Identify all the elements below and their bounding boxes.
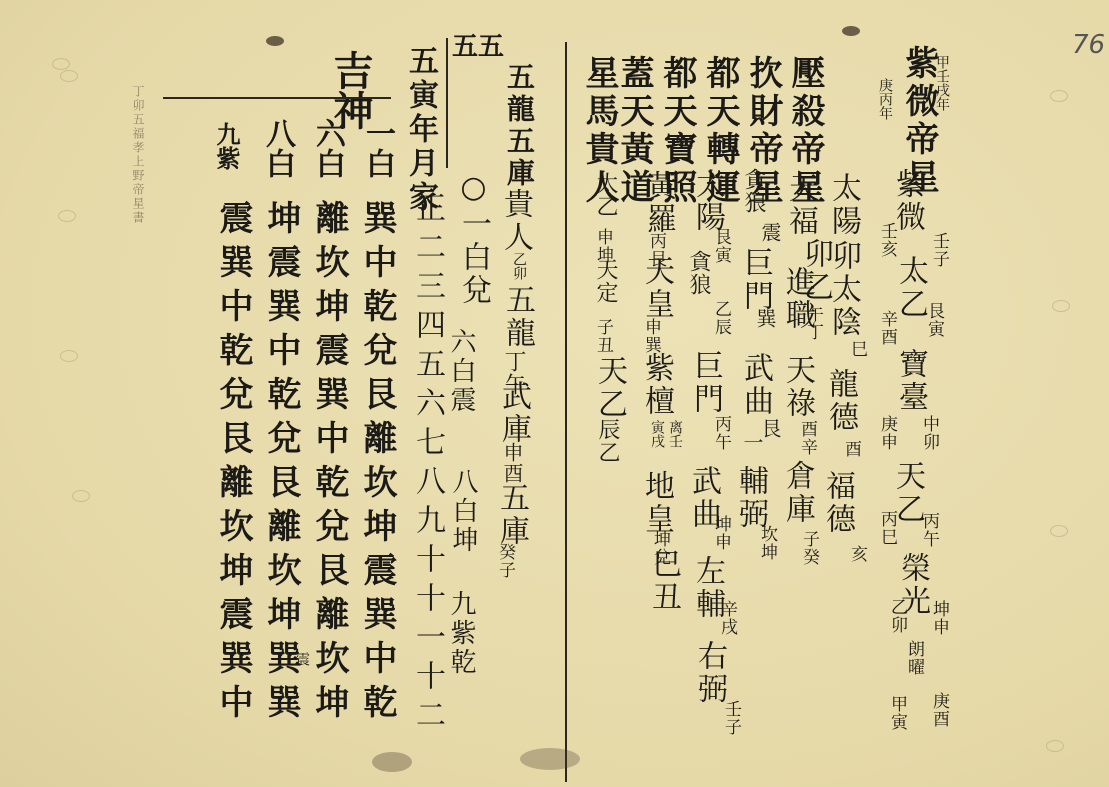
header-divider: [446, 38, 448, 168]
c6-yinxu: 寅戌: [650, 420, 664, 448]
c2-fude: 福德: [822, 470, 852, 536]
c5-taiyang: 太陽: [692, 168, 722, 234]
c4-yi: 一: [742, 432, 762, 453]
c1-bingsi: 丙巳: [878, 510, 895, 546]
grid-col-liubai: 離坎坤震巽中乾兌艮離坎坤: [312, 200, 346, 728]
c7-chenyi: 辰乙: [596, 418, 618, 464]
c5-youbi: 右弼: [694, 640, 724, 706]
c7-taiyi: 太乙: [594, 172, 616, 218]
c6-sichou: 巳丑: [648, 548, 678, 614]
c6-zitan: 紫檀: [641, 352, 671, 418]
grid-header-yibai: 一白: [362, 118, 392, 178]
grid-header-liubai: 六白: [312, 118, 342, 178]
wulong-title: 五龍五庫: [505, 62, 533, 190]
c2-longde: 龍德: [825, 368, 855, 434]
wulong-wuku: 武庫: [498, 380, 528, 446]
binding-hole: [1050, 525, 1068, 537]
title-underline: [163, 97, 391, 99]
c4-jumen: 巨門: [740, 247, 770, 313]
c1-note: 壬子: [930, 232, 947, 268]
c5-tanlang: 貪狼: [687, 250, 709, 296]
center-divider: [565, 42, 567, 782]
c3-cangku: 倉庫: [782, 460, 812, 526]
page-number: 76: [1072, 30, 1105, 60]
heading-note-top: 甲壬戌年: [935, 55, 949, 111]
grid-header-jiuzi: 九紫: [214, 122, 238, 170]
wulong-shenyou: 申酉: [502, 442, 522, 484]
binding-hole: [52, 58, 70, 70]
star-babai-kun: 八白坤: [450, 468, 476, 555]
ink-smudge: [266, 36, 284, 46]
grid-header-babai: 八白: [262, 118, 292, 178]
c3-zigui: 子癸: [800, 530, 817, 566]
c1-renhai: 壬亥: [878, 222, 895, 258]
c1-genyin: 艮寅: [925, 302, 942, 338]
wulong-guizi: 癸子: [496, 543, 513, 579]
c7-tianyi: 天乙: [594, 355, 624, 421]
c1-gengshen: 庚申: [878, 415, 895, 451]
wulong-wulong: 五龍: [502, 284, 532, 350]
c6-huangluo: 黃羅: [643, 170, 673, 236]
heading-note-side: 庚丙年: [878, 78, 892, 120]
grid-col-babai: 坤震巽中乾兌艮離坎坤巽巽: [264, 200, 298, 728]
c1-baotai: 寶臺: [895, 348, 925, 414]
grid-col-yibai: 巽中乾兌艮離坎坤震巽中乾: [360, 200, 394, 728]
binding-hole: [60, 350, 78, 362]
c3-wuding: 午丁: [804, 305, 821, 341]
c2-you: 酉: [842, 440, 859, 458]
star-liubai-zhen: 六白震: [448, 328, 474, 415]
binding-hole: [60, 70, 78, 82]
wulong-yimao: 乙卯: [512, 252, 526, 280]
c2-taiyang: 太陽: [828, 172, 858, 238]
c6-dihuang: 地皇: [641, 470, 671, 536]
ink-damage: [372, 752, 412, 772]
interlinear-note: 震: [295, 652, 309, 666]
binding-hole: [72, 490, 90, 502]
ink-smudge: [842, 26, 860, 36]
c6-tianhuang: 天皇: [641, 255, 671, 321]
c6-liren: 离壬: [668, 420, 682, 448]
wulong-wuku2: 五庫: [496, 482, 526, 548]
c2-si: 巳: [848, 340, 865, 358]
c7-zichou: 子丑: [594, 318, 611, 354]
c4-wuqu: 武曲: [740, 352, 770, 418]
ink-damage: [520, 748, 580, 770]
c4-kankun: 坎坤: [758, 525, 775, 561]
c4-xun: 巽: [755, 308, 775, 329]
c7-tianding: 天定: [594, 258, 616, 304]
grid-col-jiuzi: 震巽中乾兌艮離坎坤震巽中: [216, 200, 250, 728]
c3-youxin: 酉辛: [798, 420, 815, 456]
c6-shenxun: 申巽: [642, 318, 659, 354]
c5-xinxu: 辛戌: [718, 600, 735, 636]
table-header: 五寅年月家: [405, 45, 435, 215]
c5-yichen: 乙辰: [712, 300, 729, 336]
binding-hole: [58, 210, 76, 222]
wulong-guiren: 貴人: [500, 188, 530, 254]
binding-hole: [1046, 740, 1064, 752]
binding-hole: [1050, 90, 1068, 102]
c1-kunshen: 坤申: [930, 600, 947, 636]
c1-zhongmao: 中卯: [920, 415, 937, 451]
c1-langyao: 朗曜: [905, 640, 922, 676]
c5-genyin: 艮寅: [712, 228, 729, 264]
c5-kunshen: 坤申: [712, 515, 729, 551]
c4-zhen: 震: [760, 222, 780, 243]
c1-bingwu: 丙午: [920, 512, 937, 548]
binding-hole: [1052, 300, 1070, 312]
c3-tianfu: 天福: [785, 172, 815, 238]
c1-jiayin: 甲寅: [888, 695, 905, 731]
c5-jumen: 巨門: [690, 350, 720, 416]
star-jiuzi-qian: 九紫乾: [448, 590, 474, 677]
scanned-page: 76 丁卯五福孝上野帝星書 紫微帝星 甲壬戌年 庚丙年 壓殺帝星 扻財帝星 都天…: [0, 0, 1109, 787]
section-marker: 五五: [452, 34, 504, 60]
c1-yimao: 乙卯: [888, 598, 905, 634]
c4-tanlang: 貪狼: [742, 168, 764, 214]
c3-tianlu: 天祿: [782, 354, 812, 420]
c1-taiyi: 太乙: [895, 255, 925, 321]
c5-bingwu: 丙午: [712, 415, 729, 451]
c2-hai: 亥: [848, 545, 865, 563]
c1-xinyou: 辛酉: [878, 310, 895, 346]
c1-gengyou: 庚酉: [930, 692, 947, 728]
star-yibai-dui: ○一白兌: [458, 170, 488, 307]
c5-renzi: 壬子: [722, 700, 739, 736]
margin-strip: 丁卯五福孝上野帝星書: [125, 85, 147, 280]
month-column: 正二三四五六七八九十十一十二: [412, 192, 442, 738]
c4-fubi: 輔弼: [735, 465, 765, 531]
